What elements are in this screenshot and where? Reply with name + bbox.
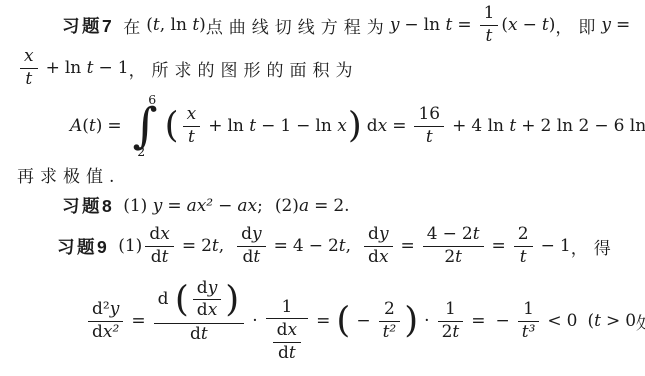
math-text: 2 xyxy=(328,236,339,256)
math-variable: t xyxy=(87,58,94,78)
fraction: dydx xyxy=(364,224,393,268)
denominator: 2t xyxy=(423,246,484,269)
math-text: d xyxy=(368,225,379,245)
math-variable: y xyxy=(252,225,262,245)
math-variable: x xyxy=(187,105,197,125)
exercise9-line: 习题9(1)dxdt=2t,dydt=4−2t,dydx=4−2t2t=2t−1… xyxy=(57,225,617,267)
math-text: 0 xyxy=(625,311,636,331)
math-text: d xyxy=(243,248,254,268)
fraction: d (dydx)dt xyxy=(154,277,245,346)
math-operator: = xyxy=(401,236,415,256)
math-variable: t xyxy=(253,248,260,268)
math-text: (1) xyxy=(118,236,142,256)
numerator: 1 xyxy=(266,297,308,319)
math-operator: · xyxy=(252,311,257,331)
math-text: 1 xyxy=(560,236,571,256)
math-text: ln xyxy=(227,116,249,136)
numerator: 4−2t xyxy=(423,224,484,246)
math-operator: = xyxy=(167,196,181,216)
math-variable: t³ xyxy=(522,323,536,343)
text-run: 再求极值. xyxy=(17,162,120,187)
denominator: t xyxy=(514,246,533,269)
math-variable: a xyxy=(299,196,309,216)
math-text: 1 xyxy=(281,298,292,318)
math-text: 2 xyxy=(444,248,455,268)
spacer xyxy=(263,205,275,206)
fraction: 2t xyxy=(514,224,533,268)
math-text: d xyxy=(368,248,379,268)
math-variable: t xyxy=(188,128,195,148)
big-paren: ) xyxy=(404,308,418,334)
math-text: 2 xyxy=(462,225,473,245)
math-variable: t xyxy=(212,236,219,256)
math-text: 1 xyxy=(445,300,456,320)
math-variable: y xyxy=(390,15,400,35)
math-variable: t xyxy=(153,15,160,35)
exercise7-line-1: 习题7在(t, ln t)点曲线切线方程为y−ln t=1t(x−t)，即y= xyxy=(62,3,635,47)
fraction: dydx xyxy=(193,278,222,322)
math-operator: = xyxy=(107,116,121,136)
math-operator: = xyxy=(471,311,485,331)
numerator: dy xyxy=(193,278,222,300)
math-variable: x xyxy=(160,225,170,245)
numerator: x xyxy=(20,46,38,68)
math-text: ) xyxy=(199,15,206,35)
denominator: dt xyxy=(145,246,173,269)
math-text: 2. xyxy=(333,196,349,216)
numerator: 1 xyxy=(480,3,499,25)
spacer xyxy=(351,246,361,247)
fraction: 16t xyxy=(414,104,444,148)
numerator: 16 xyxy=(414,104,444,126)
denominator: t xyxy=(480,25,499,48)
math-text: d xyxy=(278,344,289,364)
math-variable: t xyxy=(426,128,433,148)
math-operator: + xyxy=(46,58,60,78)
math-variable: y xyxy=(153,196,163,216)
math-variable: y xyxy=(601,15,611,35)
math-text: d xyxy=(158,290,174,310)
math-text: ( xyxy=(82,116,89,136)
math-operator: + xyxy=(208,116,222,136)
math-operator: − xyxy=(495,311,509,331)
text-run: 点曲线切线方程为 xyxy=(206,13,390,38)
numerator: dy xyxy=(364,224,393,246)
math-text: 2 xyxy=(201,236,212,256)
denominator: dt xyxy=(154,323,245,346)
exercise9-second-derivative-equation: d²ydx²=d (dydx)dt·1dxdt=(−2t²)·12t=−1t³<… xyxy=(85,272,645,370)
fraction: 4−2t2t xyxy=(423,224,484,268)
exercise-label: 习题9 xyxy=(57,234,109,259)
math-operator: + xyxy=(452,116,466,136)
denominator: dxdt xyxy=(266,318,308,365)
math-operator: − xyxy=(98,58,112,78)
math-variable: y xyxy=(208,279,218,299)
math-text: (1) xyxy=(123,196,152,216)
math-variable: t xyxy=(509,116,516,136)
integral-lower-limit: 2 xyxy=(137,145,145,159)
math-variable: x xyxy=(379,248,389,268)
fraction: dydt xyxy=(237,224,266,268)
math-operator: − xyxy=(356,311,370,331)
math-text: 1 xyxy=(484,4,495,24)
exercise-label: 习题8 xyxy=(62,193,114,218)
math-variable: ax² xyxy=(187,196,214,216)
math-text: d xyxy=(190,325,201,345)
fraction: dxdt xyxy=(145,224,173,268)
math-operator: − xyxy=(218,196,232,216)
numerator: d²y xyxy=(88,299,123,321)
math-text: 2 xyxy=(442,323,453,343)
math-operator: > xyxy=(606,311,620,331)
denominator: dx xyxy=(364,246,393,269)
math-operator: = xyxy=(182,236,196,256)
math-variable: ax xyxy=(237,196,257,216)
math-text: d xyxy=(197,301,208,321)
denominator: t xyxy=(183,126,201,149)
fraction: 2t² xyxy=(379,299,401,343)
math-operator: = xyxy=(274,236,288,256)
math-variable: t xyxy=(289,344,296,364)
text-run: 处 xyxy=(636,309,645,334)
math-operator: − xyxy=(296,116,310,136)
fraction: 12t xyxy=(438,299,464,343)
math-variable: y xyxy=(110,300,120,320)
math-variable: t xyxy=(162,248,169,268)
math-variable: t xyxy=(455,248,462,268)
math-text: d² xyxy=(92,300,110,320)
integral-upper-limit: 6 xyxy=(148,93,156,107)
math-text: 1 xyxy=(118,58,129,78)
math-variable: A xyxy=(70,116,82,136)
math-text: 16 xyxy=(418,105,440,125)
math-text: 6 ln 6 xyxy=(614,116,645,136)
big-paren: ( xyxy=(175,287,189,313)
denominator: t xyxy=(20,68,38,91)
math-variable: x² xyxy=(103,323,119,343)
math-text: ln xyxy=(65,58,87,78)
document-page: 习题7在(t, ln t)点曲线切线方程为y−ln t=1t(x−t)，即y= … xyxy=(0,0,645,376)
math-text: ( xyxy=(501,15,508,35)
math-text: 2 xyxy=(384,300,395,320)
math-operator: = xyxy=(314,196,328,216)
text-run: 在 xyxy=(123,13,146,38)
math-text: d xyxy=(149,225,160,245)
math-operator: + xyxy=(521,116,535,136)
integral-sign: ∫ xyxy=(133,107,158,145)
math-operator: = xyxy=(492,236,506,256)
math-variable: t xyxy=(594,311,601,331)
math-text: 1 xyxy=(523,300,534,320)
math-text: 0 xyxy=(567,311,578,331)
math-variable: t² xyxy=(383,323,397,343)
math-text: 1 xyxy=(280,116,291,136)
exercise8-line: 习题8(1) y=ax²−ax;(2)a=2. xyxy=(62,193,350,218)
math-variable: t xyxy=(486,27,493,47)
numerator: x xyxy=(183,104,201,126)
math-text: d xyxy=(367,116,378,136)
text-run: ，所求的图形的面积为 xyxy=(129,56,359,81)
math-text: d xyxy=(92,323,103,343)
math-operator: < xyxy=(547,311,561,331)
math-text: ( xyxy=(587,311,594,331)
math-operator: = xyxy=(392,116,406,136)
math-variable: t xyxy=(25,70,32,90)
math-variable: t xyxy=(452,323,459,343)
math-text: 4 xyxy=(293,236,304,256)
big-paren: ) xyxy=(225,287,239,313)
math-text: (2) xyxy=(275,196,299,216)
big-paren: ( xyxy=(336,308,350,334)
math-variable: t xyxy=(89,116,96,136)
exercise-label: 习题7 xyxy=(62,13,114,38)
math-text: ( xyxy=(146,15,153,35)
numerator: d (dydx) xyxy=(154,277,245,323)
denominator: dt xyxy=(237,246,266,269)
math-text: ln xyxy=(315,116,337,136)
numerator: dy xyxy=(237,224,266,246)
numerator: 1 xyxy=(518,299,540,321)
numerator: 1 xyxy=(438,299,464,321)
math-variable: y xyxy=(379,225,389,245)
fraction: d²ydx² xyxy=(88,299,123,343)
spacer xyxy=(577,321,587,322)
big-paren: ) xyxy=(348,113,362,139)
math-operator: − xyxy=(523,15,537,35)
math-text: , ln xyxy=(160,15,193,35)
numerator: dx xyxy=(273,320,301,342)
math-operator: − xyxy=(261,116,275,136)
math-variable: x xyxy=(288,321,298,341)
math-variable: x xyxy=(508,15,518,35)
math-variable: t xyxy=(201,325,208,345)
math-variable: x xyxy=(337,116,347,136)
math-operator: = xyxy=(131,311,145,331)
numerator: dx xyxy=(145,224,173,246)
text-run: ，即 xyxy=(555,13,601,38)
math-variable: x xyxy=(208,301,218,321)
math-variable: t xyxy=(542,15,549,35)
fraction: 1dxdt xyxy=(266,297,308,366)
math-text: d xyxy=(277,321,288,341)
denominator: t³ xyxy=(518,321,540,344)
big-paren: ( xyxy=(165,113,179,139)
text-run: ，得 xyxy=(571,234,617,259)
math-operator: · xyxy=(424,311,429,331)
math-operator: − xyxy=(594,116,608,136)
denominator: dt xyxy=(273,342,301,365)
denominator: dx xyxy=(193,299,222,322)
math-text: ) xyxy=(549,15,556,35)
math-text: d xyxy=(197,279,208,299)
math-variable: t xyxy=(445,15,452,35)
numerator: 2 xyxy=(514,224,533,246)
math-variable: t xyxy=(249,116,256,136)
math-text: 2 xyxy=(518,225,529,245)
numerator: 2 xyxy=(379,299,401,321)
exercise7-area-equation: A(t)=6∫2(xt+ln t−1−ln x)dx=16t+4 ln t+2 … xyxy=(70,90,645,162)
math-variable: t xyxy=(520,248,527,268)
math-operator: − xyxy=(443,225,457,245)
exercise7-line-2: xt+ln t−1，所求的图形的面积为 xyxy=(17,46,359,90)
fraction: 1t³ xyxy=(518,299,540,343)
math-text: 4 ln xyxy=(471,116,509,136)
math-text: 4 xyxy=(427,225,438,245)
math-variable: t xyxy=(192,15,199,35)
math-operator: − xyxy=(309,236,323,256)
math-variable: t xyxy=(339,236,346,256)
math-operator: = xyxy=(616,15,630,35)
denominator: 2t xyxy=(438,321,464,344)
math-variable: t xyxy=(473,225,480,245)
math-operator: = xyxy=(316,311,330,331)
math-text: d xyxy=(151,248,162,268)
math-operator: − xyxy=(541,236,555,256)
exercise7-closing-text: 再求极值. xyxy=(17,162,120,187)
integral: 6∫2 xyxy=(133,93,158,159)
math-operator: − xyxy=(404,15,418,35)
fraction: xt xyxy=(183,104,201,148)
fraction: 1t xyxy=(480,3,499,47)
math-text: ln xyxy=(424,15,446,35)
denominator: t xyxy=(414,126,444,149)
math-text: d xyxy=(241,225,252,245)
math-variable: x xyxy=(378,116,388,136)
math-variable: x xyxy=(24,47,34,67)
fraction: dxdt xyxy=(273,320,301,364)
fraction: xt xyxy=(20,46,38,90)
denominator: dx² xyxy=(88,321,123,344)
denominator: t² xyxy=(379,321,401,344)
math-text: 2 ln 2 xyxy=(540,116,589,136)
spacer xyxy=(224,246,234,247)
math-text: ) xyxy=(96,116,103,136)
math-operator: = xyxy=(457,15,471,35)
